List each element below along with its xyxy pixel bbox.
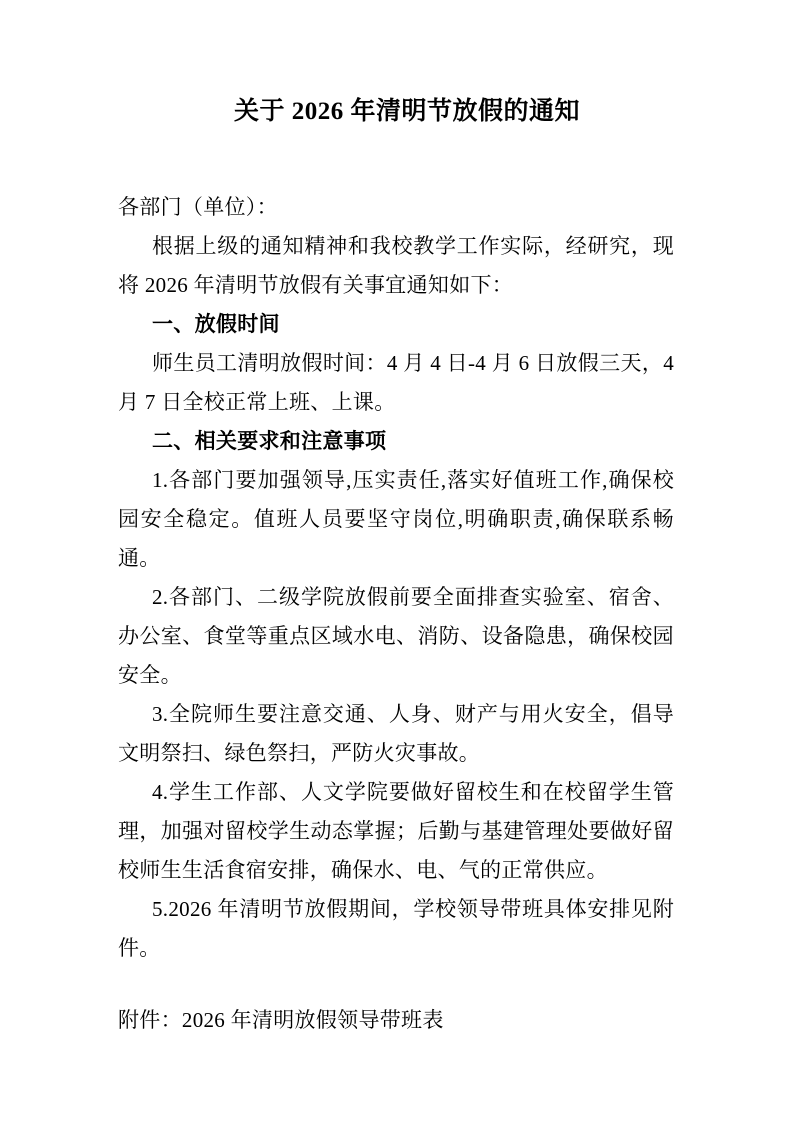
section-2-item-3-personal-safety: 3.全院师生要注意交通、人身、财产与用火安全，倡导文明祭扫、绿色祭扫，严防火灾事… xyxy=(118,695,674,773)
section-2-item-1-duty-work: 1.各部门要加强领导,压实责任,落实好值班工作,确保校园安全稳定。值班人员要坚守… xyxy=(118,461,674,578)
section-2-item-5-leader-duty-schedule: 5.2026 年清明节放假期间，学校领导带班具体安排见附件。 xyxy=(118,890,674,968)
section-2-item-2-safety-inspection: 2.各部门、二级学院放假前要全面排查实验室、宿舍、办公室、食堂等重点区域水电、消… xyxy=(118,578,674,695)
section-1-heading: 一、放假时间 xyxy=(118,305,674,344)
section-2-heading: 二、相关要求和注意事项 xyxy=(118,422,674,461)
attachment-line: 附件：2026 年清明放假领导带班表 xyxy=(118,1001,674,1040)
intro-paragraph: 根据上级的通知精神和我校教学工作实际，经研究，现将 2026 年清明节放假有关事… xyxy=(118,227,674,305)
section-2-item-4-student-management: 4.学生工作部、人文学院要做好留校生和在校留学生管理，加强对留校学生动态掌握；后… xyxy=(118,773,674,890)
section-1-paragraph-holiday-dates: 师生员工清明放假时间：4 月 4 日-4 月 6 日放假三天，4 月 7 日全校… xyxy=(118,344,674,422)
salutation-line: 各部门（单位）： xyxy=(118,188,674,227)
document-title: 关于 2026 年清明节放假的通知 xyxy=(118,92,674,132)
document-page: 关于 2026 年清明节放假的通知 各部门（单位）： 根据上级的通知精神和我校教… xyxy=(0,0,794,1122)
